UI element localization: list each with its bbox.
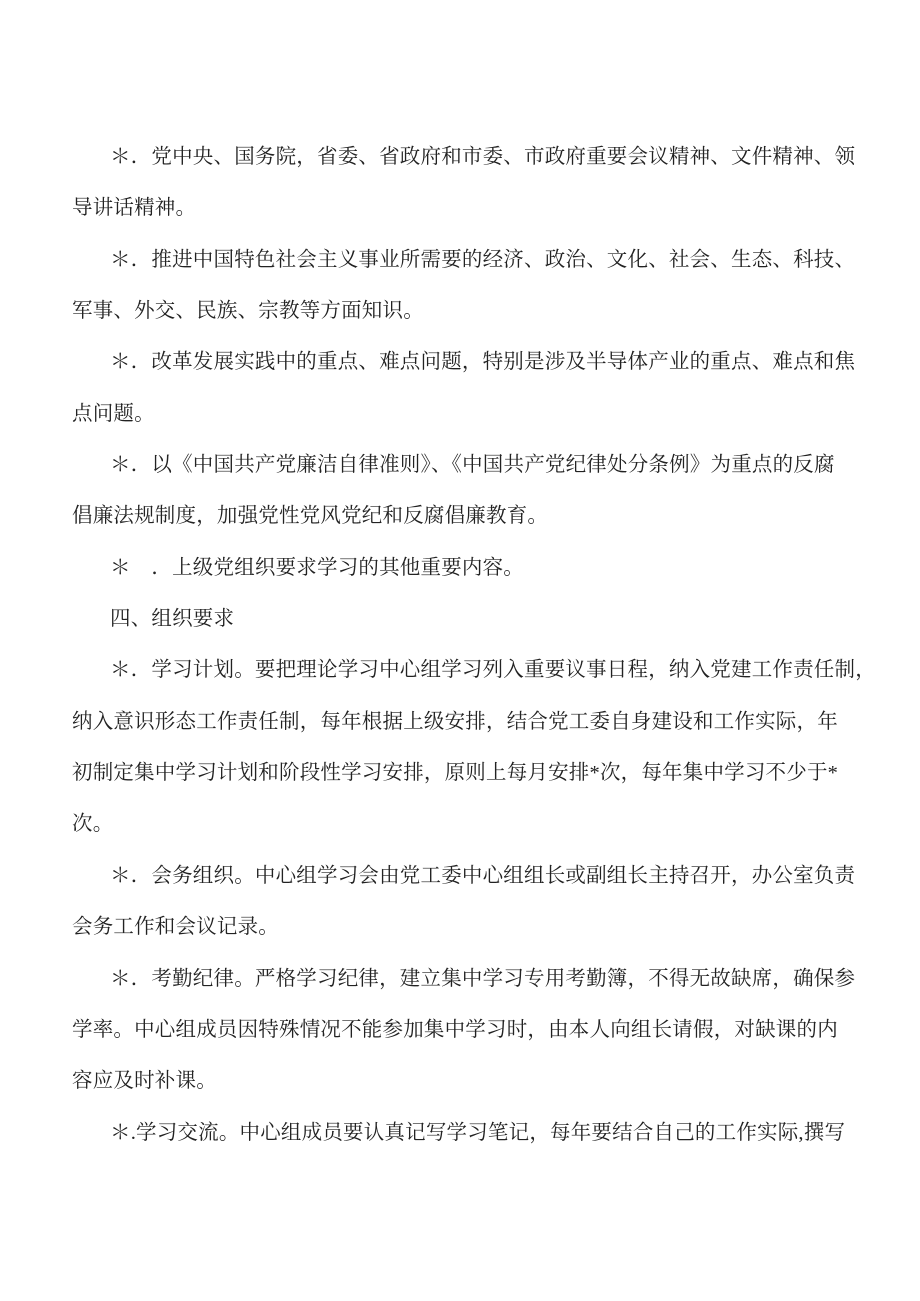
text-line: ＊．改革发展实践中的重点、难点问题，特别是涉及半导体产业的重点、难点和焦 xyxy=(72,337,848,388)
text-line: 初制定集中学习计划和阶段性学习安排，原则上每月安排*次，每年集中学习不少于* xyxy=(72,748,848,799)
text-line: 四、组织要求 xyxy=(72,594,848,645)
text-line: ＊．以《中国共产党廉洁自律准则》、《中国共产党纪律处分条例》为重点的反腐 xyxy=(72,440,848,491)
text-line: ＊．学习计划。要把理论学习中心组学习列入重要议事日程，纳入党建工作责任制， xyxy=(72,645,848,696)
text-line: ＊ ．上级党组织要求学习的其他重要内容。 xyxy=(72,543,848,594)
document-page: ＊．党中央、国务院，省委、省政府和市委、市政府重要会议精神、文件精神、领导讲话精… xyxy=(0,0,920,1301)
text-line: 点问题。 xyxy=(72,389,848,440)
text-line: ＊．推进中国特色社会主义事业所需要的经济、政治、文化、社会、生态、科技、 xyxy=(72,235,848,286)
text-line: ＊．考勤纪律。严格学习纪律，建立集中学习专用考勤簿，不得无故缺席，确保参 xyxy=(72,954,848,1005)
text-line: 学率。中心组成员因特殊情况不能参加集中学习时，由本人向组长请假，对缺课的内 xyxy=(72,1005,848,1056)
text-line: 纳入意识形态工作责任制，每年根据上级安排，结合党工委自身建设和工作实际，年 xyxy=(72,697,848,748)
text-line: ＊．会务组织。中心组学习会由党工委中心组组长或副组长主持召开，办公室负责 xyxy=(72,851,848,902)
text-line: 容应及时补课。 xyxy=(72,1056,848,1107)
text-line: 军事、外交、民族、宗教等方面知识。 xyxy=(72,286,848,337)
text-line: 次。 xyxy=(72,799,848,850)
text-line: 倡廉法规制度，加强党性党风党纪和反腐倡廉教育。 xyxy=(72,491,848,542)
document-text: ＊．党中央、国务院，省委、省政府和市委、市政府重要会议精神、文件精神、领导讲话精… xyxy=(0,0,920,1159)
text-line: 会务工作和会议记录。 xyxy=(72,902,848,953)
text-line: ＊．党中央、国务院，省委、省政府和市委、市政府重要会议精神、文件精神、领 xyxy=(72,132,848,183)
text-line: 导讲话精神。 xyxy=(72,183,848,234)
text-line: ＊.学习交流。中心组成员要认真记写学习笔记，每年要结合自己的工作实际,撰写 xyxy=(72,1108,848,1159)
